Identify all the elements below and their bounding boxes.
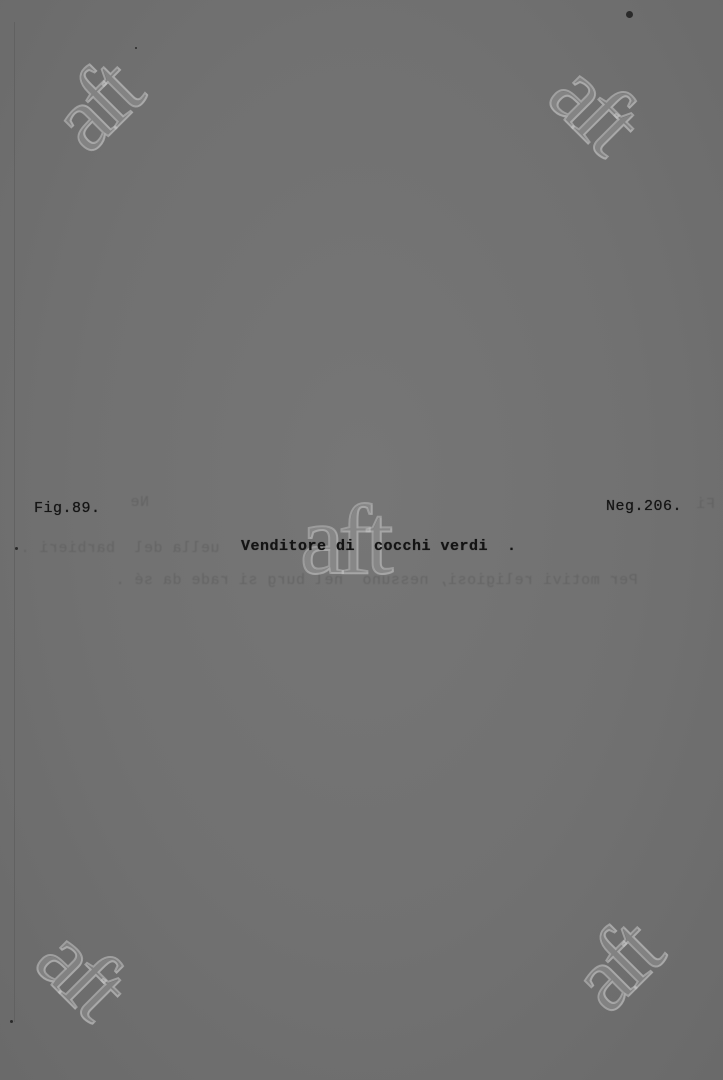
ink-speck — [135, 47, 137, 49]
caption-title: Venditore di cocchi verdi . — [241, 538, 517, 555]
scanned-archive-card: uella del barbieri . Per motivi religios… — [0, 0, 723, 1080]
watermark-logo-bottom-left: aft — [21, 911, 142, 1032]
figure-number: Fig.89. — [34, 500, 101, 517]
left-margin-line — [14, 22, 15, 1022]
watermark-logo-top-right: aft — [534, 46, 655, 167]
bleed-through-fragment-left: Ne — [130, 494, 149, 511]
ink-speck — [10, 1020, 13, 1023]
negative-number: Neg.206. — [606, 498, 682, 515]
ink-speck — [15, 547, 18, 550]
bleed-through-fragment-right: Fi — [696, 496, 715, 513]
watermark-logo-bottom-right: aft — [554, 906, 675, 1027]
watermark-logo-top-left: aft — [34, 46, 155, 167]
bleed-through-line-1: uella del barbieri . — [20, 540, 220, 557]
ink-speck — [626, 11, 633, 18]
